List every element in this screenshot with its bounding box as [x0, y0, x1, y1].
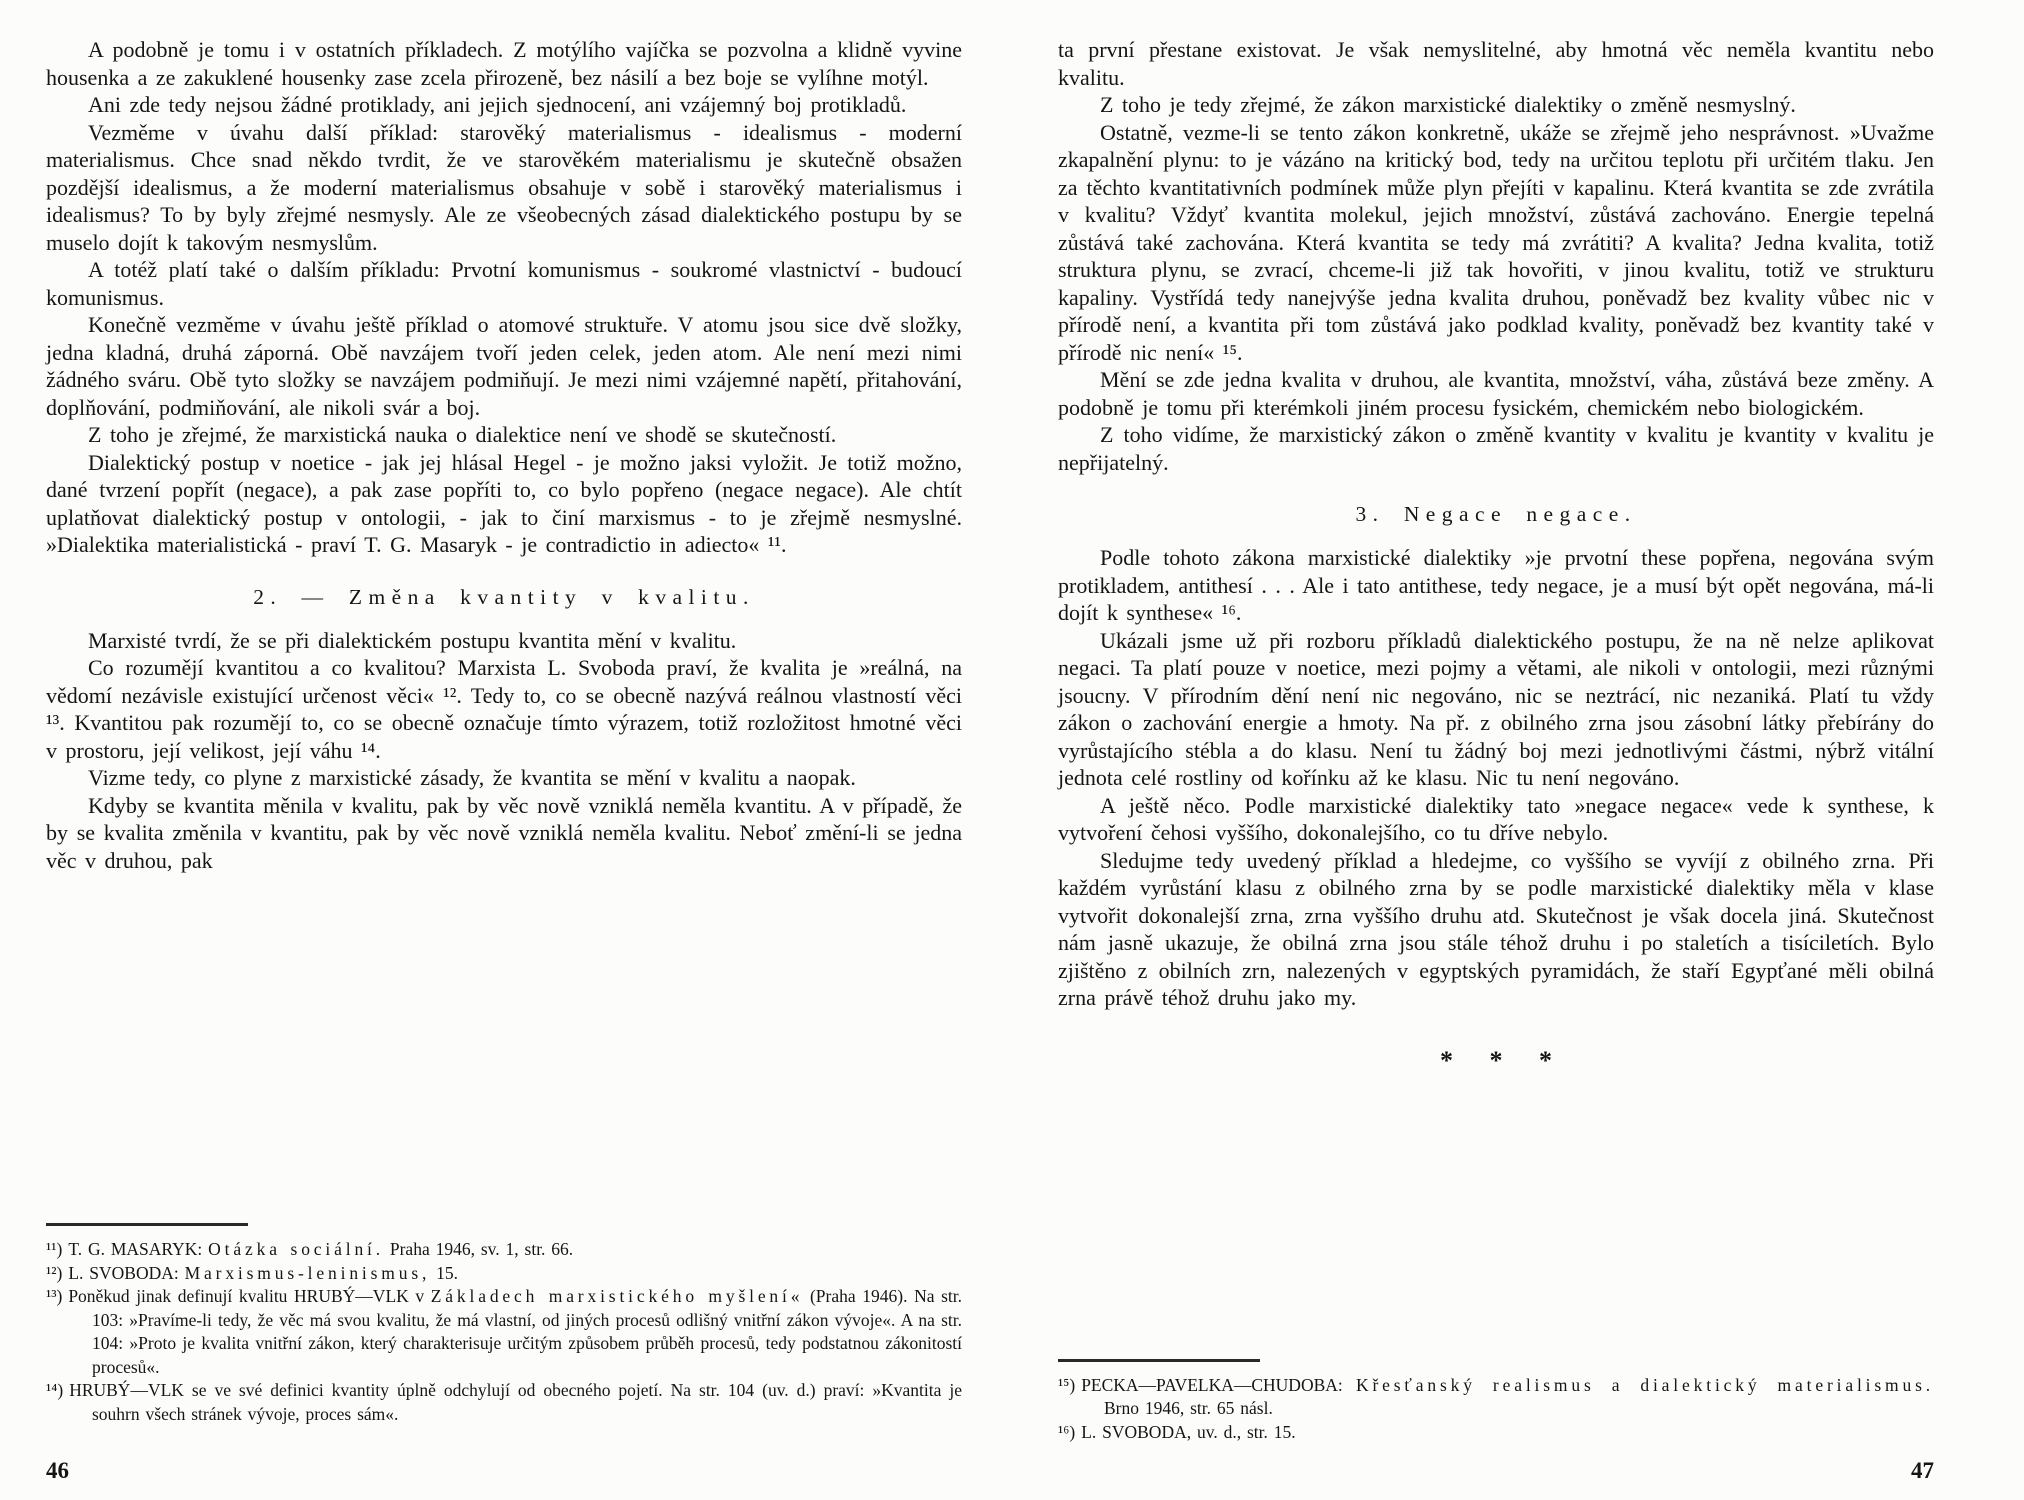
footnote-title: Základech marxistického myšlení« — [431, 1286, 804, 1306]
paragraph: ta první přestane existovat. Je však nem… — [1058, 36, 1934, 91]
footnote-text: Praha 1946, sv. 1, str. 66. — [384, 1239, 573, 1259]
footnote-title: Marxismus-leninismus, — [185, 1263, 431, 1283]
footnote-marker: ¹³) — [46, 1286, 68, 1306]
footnote: ¹¹)T. G. MASARYK: Otázka sociální. Praha… — [46, 1238, 962, 1262]
footnote: ¹⁶)L. SVOBODA, uv. d., str. 15. — [1058, 1421, 1934, 1445]
right-footnote-area: ¹⁵)PECKA—PAVELKA—CHUDOBA: Křesťanský rea… — [1058, 1359, 1934, 1445]
paragraph: Vizme tedy, co plyne z marxistické zásad… — [46, 764, 962, 792]
paragraph: Konečně vezměme v úvahu ještě příklad o … — [46, 311, 962, 421]
page-number: 46 — [46, 1458, 69, 1484]
footnote: ¹⁵)PECKA—PAVELKA—CHUDOBA: Křesťanský rea… — [1058, 1374, 1934, 1421]
footnote-text: 15. — [430, 1263, 458, 1283]
footnote-text: L. SVOBODA: — [68, 1263, 184, 1283]
paragraph: Z toho je zřejmé, že marxistická nauka o… — [46, 421, 962, 449]
right-body-text: ta první přestane existovat. Je však nem… — [1058, 36, 1934, 1076]
paragraph: Z toho vidíme, že marxistický zákon o zm… — [1058, 421, 1934, 476]
footnote-title: Křesťanský realismus a dialektický mater… — [1356, 1375, 1934, 1395]
footnote-text: Brno 1946, str. 65 násl. — [1104, 1398, 1273, 1418]
page-right: ta první přestane existovat. Je však nem… — [1058, 36, 1934, 1500]
paragraph: Ani zde tedy nejsou žádné protiklady, an… — [46, 91, 962, 119]
footnote-text: L. SVOBODA, uv. d., str. 15. — [1081, 1422, 1295, 1442]
footnote-text: PECKA—PAVELKA—CHUDOBA: — [1081, 1375, 1356, 1395]
page-number: 47 — [1911, 1458, 1934, 1484]
asterisk-separator: * * * — [1058, 1046, 1934, 1076]
paragraph: Co rozumějí kvantitou a co kvalitou? Mar… — [46, 654, 962, 764]
paragraph: A ještě něco. Podle marxistické dialekti… — [1058, 792, 1934, 847]
section-heading-3: 3. Negace negace. — [1058, 502, 1934, 527]
footnote-marker: ¹¹) — [46, 1239, 68, 1259]
footnote-marker: ¹⁶) — [1058, 1422, 1081, 1442]
page-left: A podobně je tomu i v ostatních příklade… — [46, 36, 962, 1500]
paragraph: Sledujme tedy uvedený příklad a hledejme… — [1058, 847, 1934, 1012]
paragraph: Podle tohoto zákona marxistické dialekti… — [1058, 544, 1934, 627]
book-scan: { "document": { "kind": "scanned book sp… — [0, 0, 2024, 1500]
footnote-text: T. G. MASARYK: — [68, 1239, 208, 1259]
footnote-marker: ¹²) — [46, 1263, 68, 1283]
paragraph: Kdyby se kvantita měnila v kvalitu, pak … — [46, 792, 962, 875]
paragraph: Mění se zde jedna kvalita v druhou, ale … — [1058, 366, 1934, 421]
paragraph: Dialektický postup v noetice - jak jej h… — [46, 449, 962, 559]
left-footnote-area: ¹¹)T. G. MASARYK: Otázka sociální. Praha… — [46, 1223, 962, 1426]
paragraph: A totéž platí také o dalším příkladu: Pr… — [46, 256, 962, 311]
paragraph: Ostatně, vezme-li se tento zákon konkret… — [1058, 119, 1934, 367]
footnote-text: HRUBÝ—VLK se ve své definici kvantity úp… — [69, 1380, 962, 1424]
footnote-marker: ¹⁵) — [1058, 1375, 1081, 1395]
footnote-rule — [1058, 1359, 1260, 1362]
paragraph: Z toho je tedy zřejmé, že zákon marxisti… — [1058, 91, 1934, 119]
footnote: ¹⁴)HRUBÝ—VLK se ve své definici kvantity… — [46, 1379, 962, 1426]
paragraph: Marxisté tvrdí, že se při dialektickém p… — [46, 627, 962, 655]
footnote: ¹³)Poněkud jinak definují kvalitu HRUBÝ—… — [46, 1285, 962, 1379]
paragraph: A podobně je tomu i v ostatních příklade… — [46, 36, 962, 91]
paragraph: Vezměme v úvahu další příklad: starověký… — [46, 119, 962, 257]
footnote: ¹²)L. SVOBODA: Marxismus-leninismus, 15. — [46, 1262, 962, 1286]
footnote-rule — [46, 1223, 248, 1226]
section-heading-2: 2. — Změna kvantity v kvalitu. — [46, 585, 962, 610]
paragraph: Ukázali jsme už při rozboru příkladů dia… — [1058, 627, 1934, 792]
footnote-text: Poněkud jinak definují kvalitu HRUBÝ—VLK… — [68, 1286, 430, 1306]
left-body-text: A podobně je tomu i v ostatních příklade… — [46, 36, 962, 874]
footnote-marker: ¹⁴) — [46, 1380, 69, 1400]
footnote-title: Otázka sociální. — [208, 1239, 384, 1259]
